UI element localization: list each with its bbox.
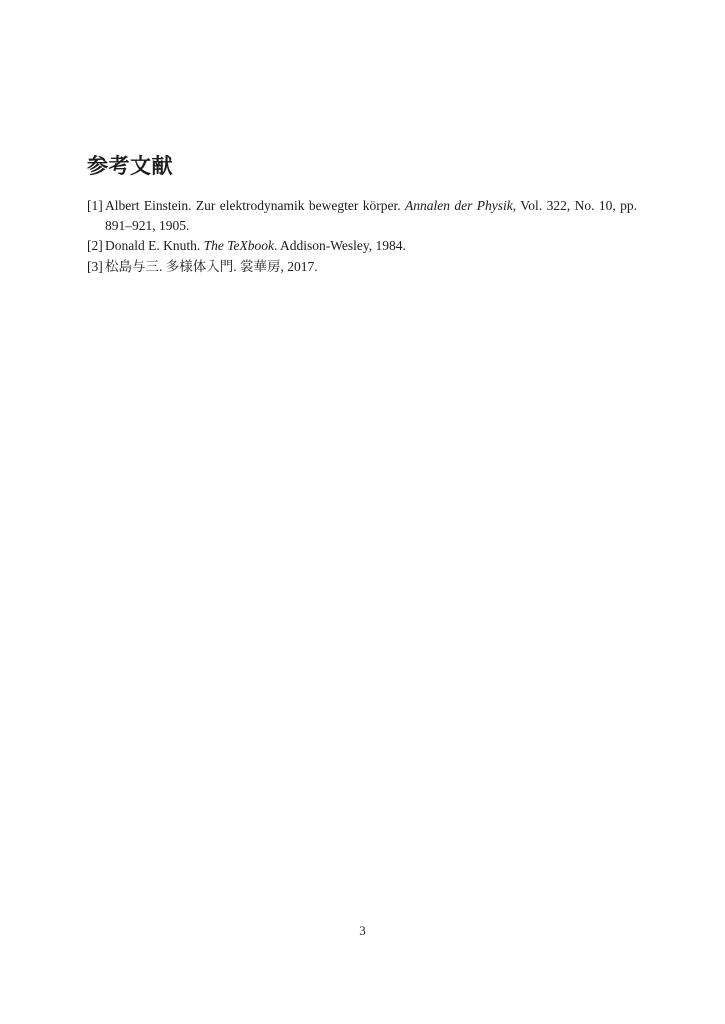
reference-label: [2] [87,236,105,256]
reference-item: [3]松島与三. 多様体入門. 裳華房, 2017. [87,257,637,277]
reference-text: Donald E. Knuth. The TeXbook. Addison-We… [105,236,637,256]
bibliography-heading: 参考文献 [87,155,637,179]
reference-title-segment: The TeXbook [204,238,274,253]
document-page: 参考文献 [1]Albert Einstein. Zur elektrodyna… [0,0,725,1024]
reference-text-segment: 松島与三. 多様体入門. 裳華房, 2017. [105,259,318,274]
reference-text-segment: . Addison-Wesley, 1984. [274,238,406,253]
reference-item: [1]Albert Einstein. Zur elektrodynamik b… [87,196,637,235]
page-number: 3 [0,923,725,939]
reference-title-segment: Annalen der Physik [405,198,513,213]
reference-label: [3] [87,257,105,277]
reference-list: [1]Albert Einstein. Zur elektrodynamik b… [87,196,637,276]
reference-text-segment: Donald E. Knuth. [105,238,204,253]
reference-text-segment: Albert Einstein. Zur elektrodynamik bewe… [105,198,405,213]
reference-text: Albert Einstein. Zur elektrodynamik bewe… [105,196,637,235]
reference-label: [1] [87,196,105,216]
reference-text: 松島与三. 多様体入門. 裳華房, 2017. [105,257,637,277]
reference-item: [2]Donald E. Knuth. The TeXbook. Addison… [87,236,637,256]
